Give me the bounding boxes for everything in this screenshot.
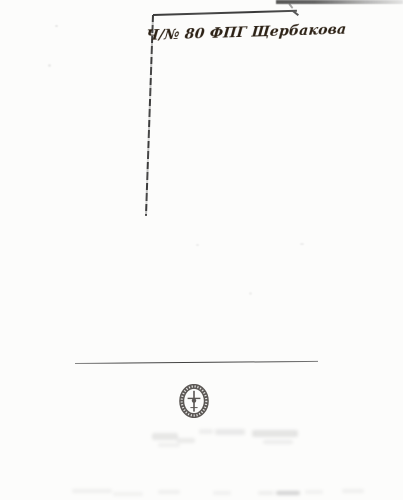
- scan-edge-artifact: [276, 0, 403, 4]
- ink-smudge: [213, 491, 231, 495]
- paper-speck: [196, 244, 199, 246]
- paper-speck: [249, 292, 252, 295]
- ink-smudge: [263, 440, 293, 444]
- ink-smudge: [158, 490, 180, 494]
- scanned-page: Ч/№ 80 ФПГ Щербакова: [0, 0, 403, 500]
- handwritten-inscription: Ч/№ 80 ФПГ Щербакова: [145, 21, 297, 46]
- ink-smudge: [215, 429, 245, 435]
- ink-smudge: [305, 490, 323, 494]
- ink-smudge: [252, 430, 298, 437]
- paper-speck: [55, 25, 58, 27]
- frame-top-line: [153, 10, 297, 16]
- ink-smudge: [276, 491, 300, 495]
- divider-rule: [75, 360, 318, 364]
- paper-speck: [48, 64, 51, 67]
- ink-smudge: [342, 489, 364, 493]
- ink-smudge: [199, 429, 213, 434]
- ink-smudge: [152, 433, 178, 440]
- ink-smudge: [113, 492, 143, 496]
- frame-corner-hook: [293, 10, 299, 15]
- ink-smudge: [177, 438, 195, 443]
- ink-smudge: [72, 489, 112, 493]
- library-stamp-icon: [179, 384, 209, 418]
- ink-smudge: [158, 443, 180, 447]
- ink-smudge: [258, 491, 274, 495]
- paper-speck: [300, 243, 304, 245]
